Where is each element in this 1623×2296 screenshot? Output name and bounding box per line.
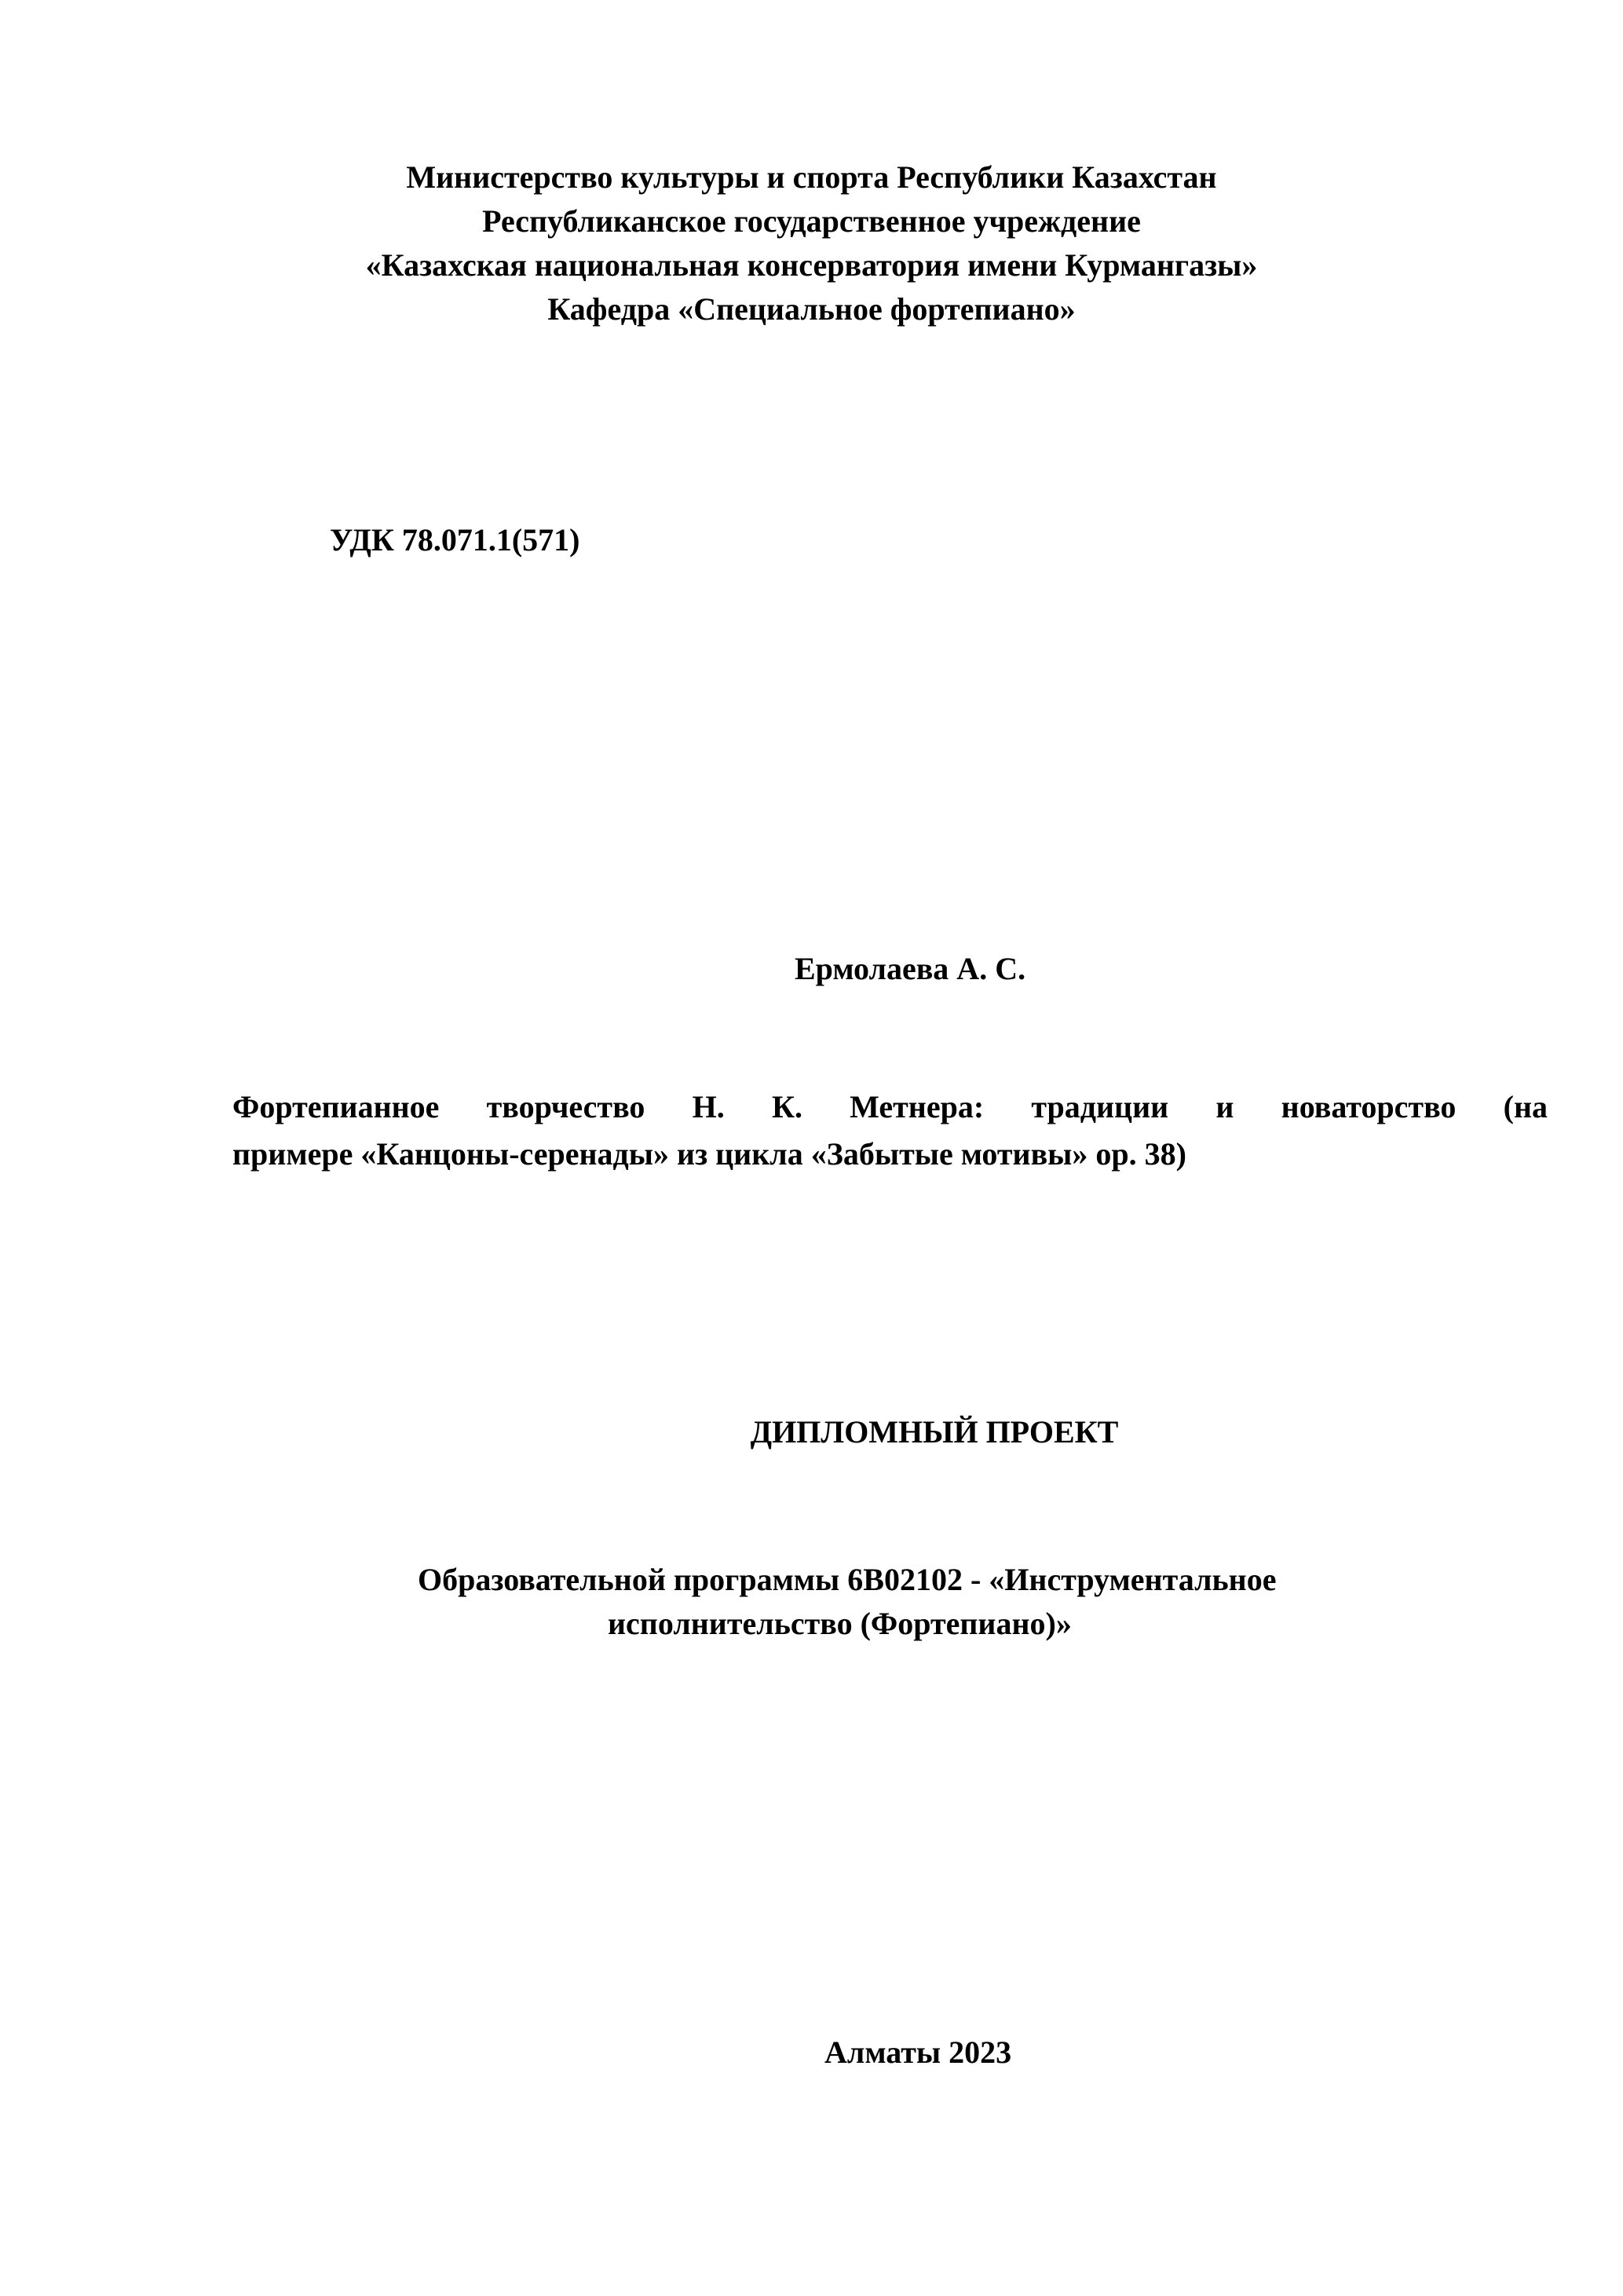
institution-type-line: Республиканское государственное учрежден… [0,199,1623,243]
udk-code: УДК 78.071.1(571) [330,518,579,562]
conservatory-name-line: «Казахская национальная консерватория им… [0,243,1623,287]
thesis-title-line-2: примере «Канцоны-серенады» из цикла «Заб… [232,1131,1548,1178]
ministry-line: Министерство культуры и спорта Республик… [0,155,1623,199]
program-line-2: исполнительство (Фортепиано)» [418,1602,1276,1646]
thesis-title-line-1: Фортепианное творчество Н. К. Метнера: т… [232,1084,1548,1131]
city-year: Алматы 2023 [824,2031,1011,2075]
educational-program: Образовательной программы 6В02102 - «Инс… [418,1558,1276,1646]
document-type: ДИПЛОМНЫЙ ПРОЕКТ [0,1410,1623,1454]
author-name: Ермолаева А. С. [795,947,1025,991]
institution-header: Министерство культуры и спорта Республик… [0,155,1623,331]
thesis-title: Фортепианное творчество Н. К. Метнера: т… [232,1084,1548,1178]
program-line-1: Образовательной программы 6В02102 - «Инс… [418,1562,1276,1597]
department-line: Кафедра «Специальное фортепиано» [0,287,1623,331]
